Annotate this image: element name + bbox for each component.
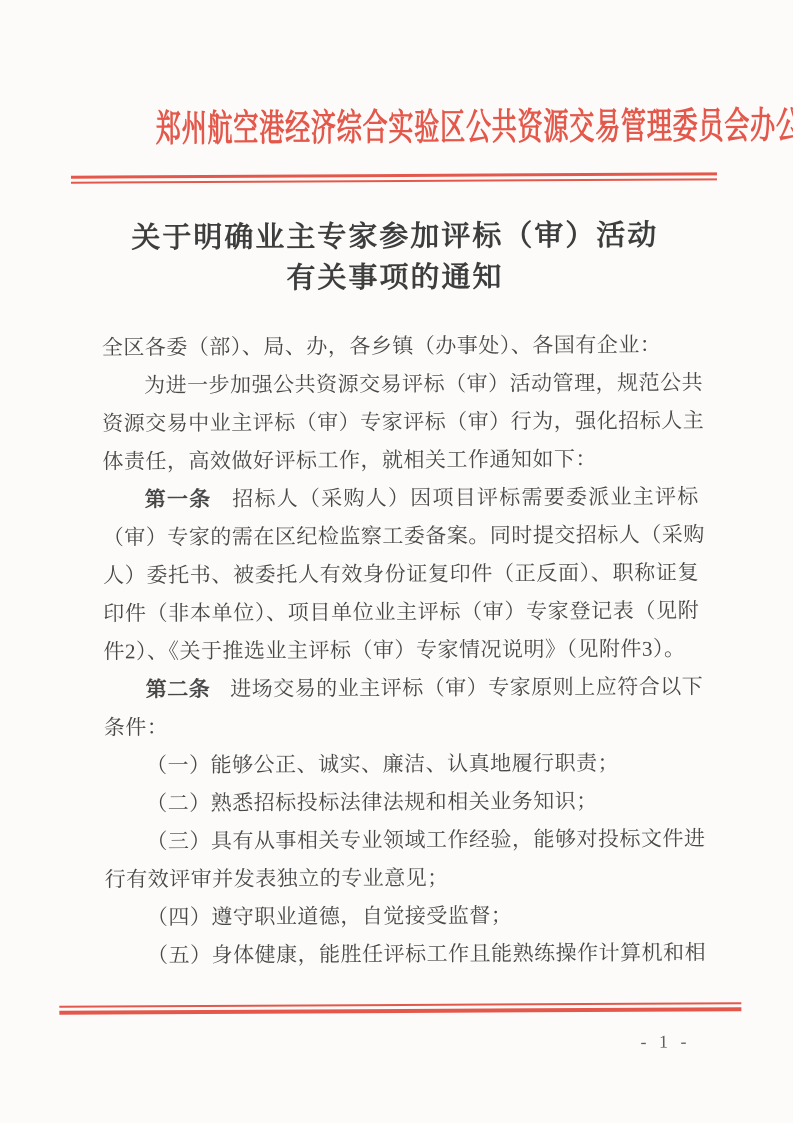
body-line-text: （二）熟悉招标投标法律法规和相关业务知识； [146, 789, 598, 815]
document-title-line1: 关于明确业主专家参加评标（审）活动 [0, 215, 791, 260]
body-line-text: 全区各委（部）、局、办，各乡镇（办事处）、各国有企业： [102, 333, 662, 360]
letterhead-rule-thin [71, 178, 717, 183]
letterhead-rule-thick [71, 172, 717, 178]
body-line-text: 人）委托书、被委托人有效身份证复印件（正反面）、职称证复 [103, 560, 699, 587]
body-line: 资源交易中业主评标（审）专家评标（审）行为，强化招标人主 [102, 401, 698, 442]
page-number: - 1 - [640, 1028, 740, 1055]
body-line: 条件： [104, 705, 700, 746]
body-line-text: 印件（非本单位）、项目单位业主评标（审）专家登记表（见附 [103, 598, 699, 625]
body-line-text: （一）能够公正、诚实、廉洁、认真地履行职责； [146, 751, 619, 777]
body-line-text: 进场交易的业主评标（审）专家原则上应符合以下 [230, 674, 703, 700]
body-line: 人）委托书、被委托人有效身份证复印件（正反面）、职称证复 [103, 553, 699, 594]
body-line-text: （审）专家的需在区纪检监察工委备案。同时提交招标人（采购 [103, 522, 705, 549]
letterhead-double-rule [71, 172, 717, 183]
body-line-text: （三）具有从事相关专业领域工作经验，能够对投标文件进 [146, 826, 705, 853]
body-line: （审）专家的需在区纪检监察工委备案。同时提交招标人（采购 [103, 515, 699, 556]
body-line: 体责任，高效做好评标工作，就相关工作通知如下： [102, 439, 698, 480]
body-line: （三）具有从事相关专业领域工作经验，能够对投标文件进 [104, 819, 700, 860]
footer-double-rule [59, 1002, 741, 1015]
body-line: （二）熟悉招标投标法律法规和相关业务知识； [104, 781, 700, 822]
body-line-text: （四）遵守职业道德，自觉接受监督； [147, 903, 513, 929]
document-body: 全区各委（部）、局、办，各乡镇（办事处）、各国有企业：为进一步加强公共资源交易评… [102, 325, 701, 974]
body-line-text: 招标人（采购人）因项目评标需要委派业主评标 [231, 484, 698, 510]
body-line: 第一条招标人（采购人）因项目评标需要委派业主评标 [103, 477, 699, 518]
body-line: 为进一步加强公共资源交易评标（审）活动管理，规范公共 [102, 363, 698, 404]
body-line: 第二条进场交易的业主评标（审）专家原则上应符合以下 [104, 667, 700, 708]
letterhead-org-name: 郑州航空港经济综合实验区公共资源交易管理委员会办公室 [0, 95, 791, 163]
body-line-text: 件2）、《关于推选业主评标（审）专家情况说明》（见附件3）。 [103, 636, 685, 663]
body-line: 件2）、《关于推选业主评标（审）专家情况说明》（见附件3）。 [103, 629, 699, 670]
body-line: （一）能够公正、诚实、廉洁、认真地履行职责； [104, 743, 700, 784]
clause-number-bold: 第一条 [145, 488, 212, 511]
body-line-text: 为进一步加强公共资源交易评标（审）活动管理，规范公共 [144, 370, 703, 397]
body-line: 全区各委（部）、局、办，各乡镇（办事处）、各国有企业： [102, 325, 698, 366]
body-line: （四）遵守职业道德，自觉接受监督； [105, 895, 701, 936]
letterhead-org-name-text: 郑州航空港经济综合实验区公共资源交易管理委员会办公室 [156, 95, 793, 163]
document-title-line2: 有关事项的通知 [0, 256, 792, 301]
body-line: 印件（非本单位）、项目单位业主评标（审）专家登记表（见附 [103, 591, 699, 632]
footer-rule-thick [59, 1007, 741, 1015]
clause-number-bold: 第二条 [146, 678, 211, 701]
body-line-text: 条件： [104, 715, 169, 739]
document-title: 关于明确业主专家参加评标（审）活动 有关事项的通知 [0, 215, 792, 301]
body-line-text: 体责任，高效做好评标工作，就相关工作通知如下： [102, 447, 597, 474]
body-line: （五）身体健康，能胜任评标工作且能熟练操作计算机和相 [105, 933, 701, 974]
body-line-text: （五）身体健康，能胜任评标工作且能熟练操作计算机和相 [147, 940, 706, 967]
document-page: 郑州航空港经济综合实验区公共资源交易管理委员会办公室 关于明确业主专家参加评标（… [0, 0, 793, 1123]
body-line-text: 资源交易中业主评标（审）专家评标（审）行为，强化招标人主 [102, 408, 704, 435]
scan-tilt-wrapper: 郑州航空港经济综合实验区公共资源交易管理委员会办公室 关于明确业主专家参加评标（… [0, 0, 793, 1123]
body-line: 行有效评审并发表独立的专业意见； [105, 857, 701, 898]
body-line-text: 行有效评审并发表独立的专业意见； [105, 866, 449, 892]
